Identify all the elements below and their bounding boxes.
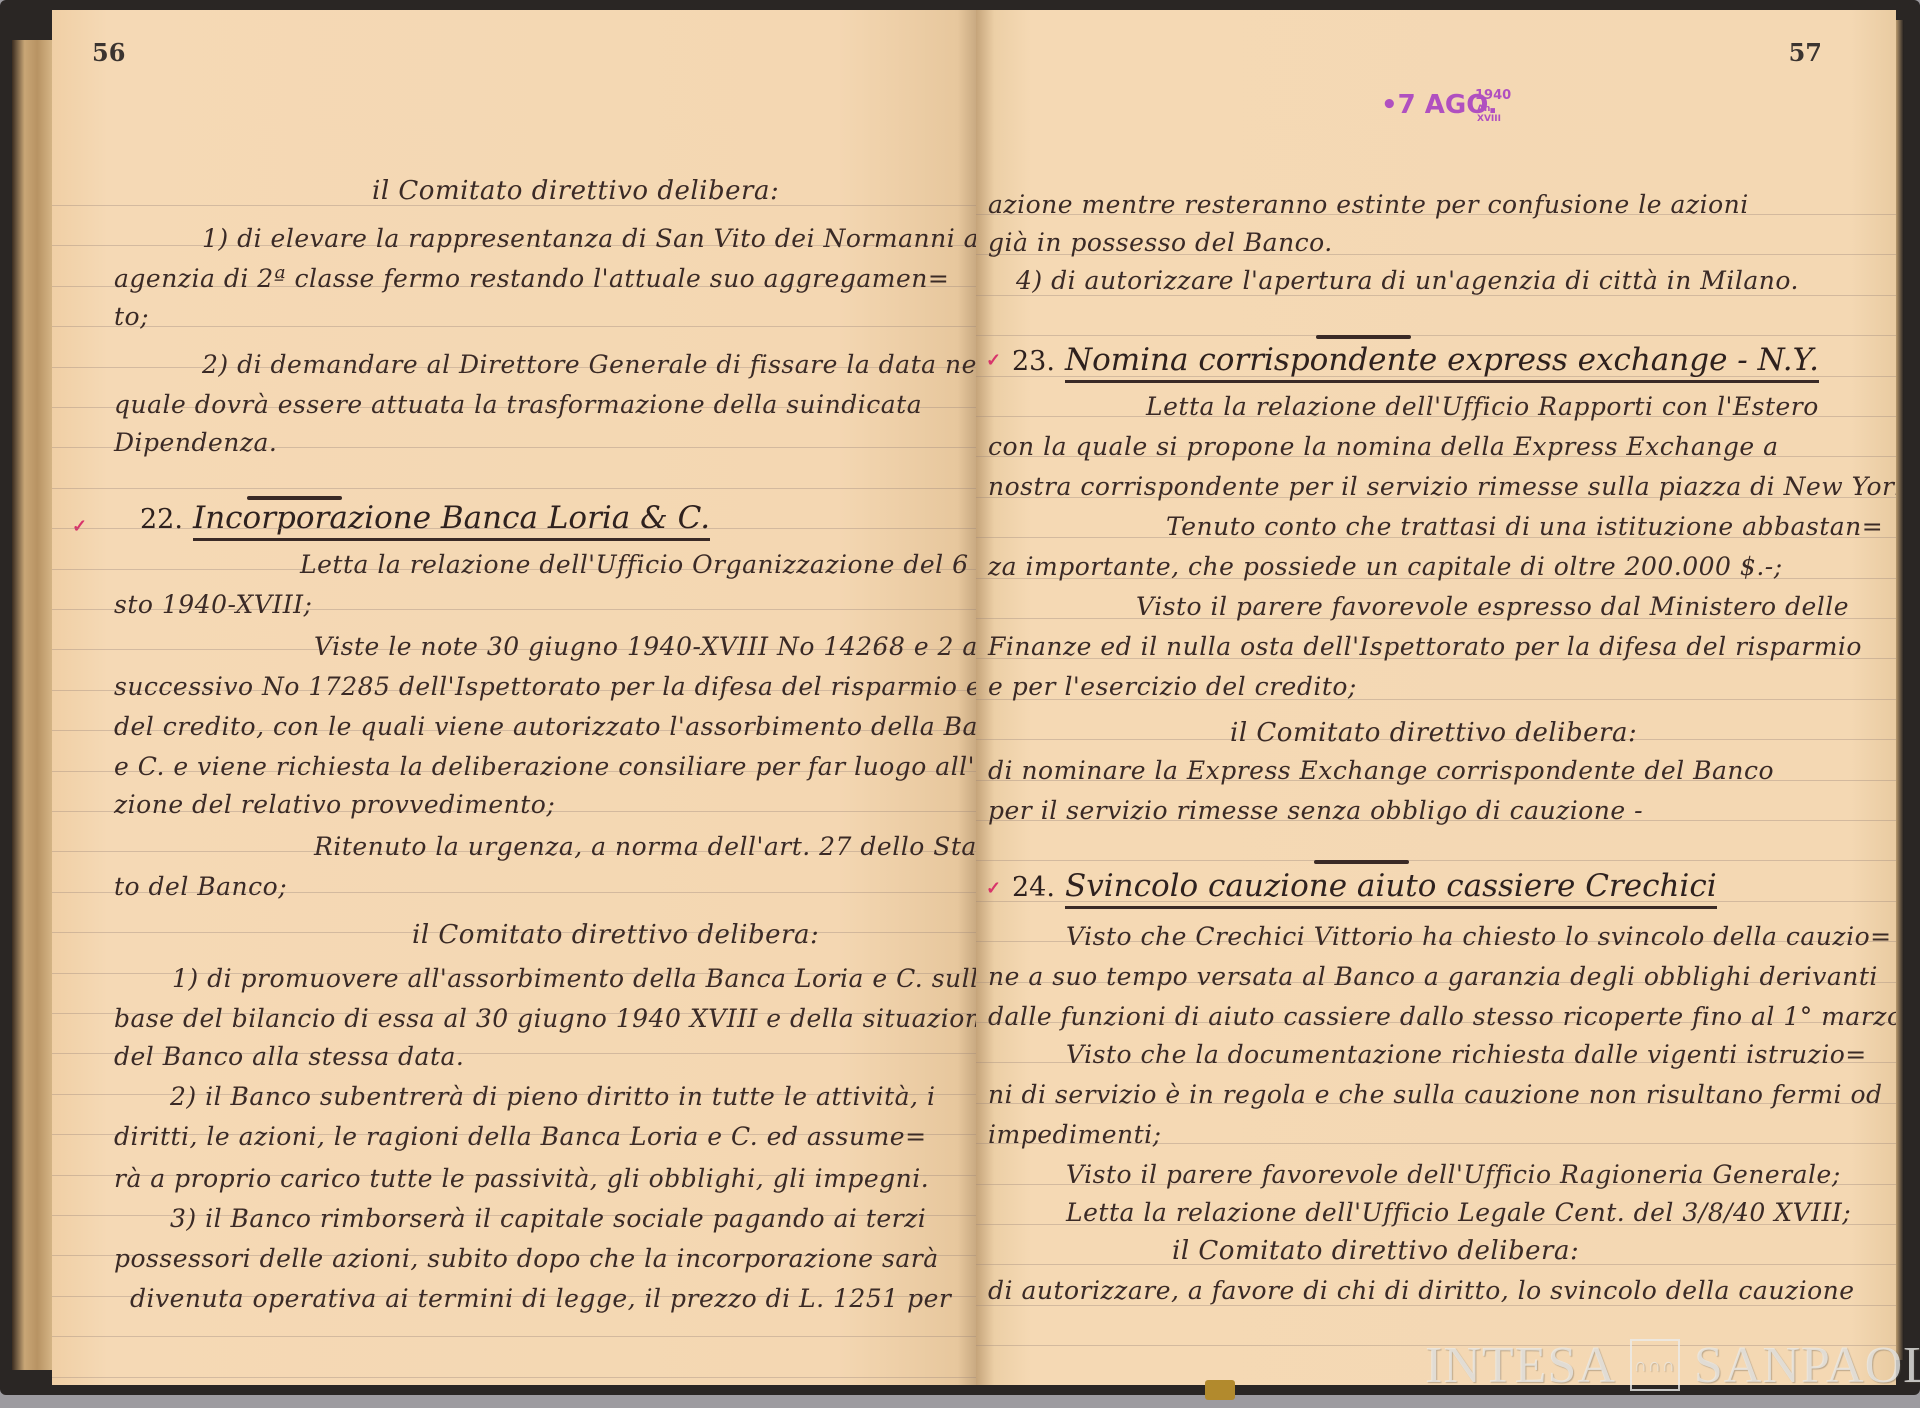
text-line: Finanze ed il nulla osta dell'Ispettorat… — [988, 632, 1862, 661]
text-line: del Banco alla stessa data. — [114, 1042, 464, 1071]
text-line: impedimenti; — [988, 1120, 1162, 1149]
text-line: 4) di autorizzare l'apertura di un'agenz… — [1016, 266, 1799, 295]
resolution-heading: il Comitato direttivo delibera: — [372, 176, 779, 206]
stamp-year: 1940 — [1475, 88, 1511, 103]
text-line: Letta la relazione dell'Ufficio Organizz… — [300, 550, 976, 579]
text-line: agenzia di 2ª classe fermo restando l'at… — [114, 264, 949, 293]
text-line: Visto il parere favorevole dell'Ufficio … — [1066, 1160, 1841, 1189]
text-line: to; — [114, 302, 149, 331]
text-line: quale dovrà essere attuata la trasformaz… — [114, 390, 922, 419]
text-line: Ritenuto la urgenza, a norma dell'art. 2… — [314, 832, 976, 861]
check-mark-icon: ✓ — [72, 516, 87, 537]
ruled-line — [52, 1336, 976, 1337]
resolution-heading: il Comitato direttivo delibera: — [412, 920, 819, 950]
ruled-line — [976, 860, 1896, 861]
text-line: 2) il Banco subentrerà di pieno diritto … — [170, 1082, 935, 1111]
text-line: per il servizio rimesse senza obbligo di… — [988, 796, 1643, 825]
text-line: azione mentre resteranno estinte per con… — [988, 190, 1749, 219]
text-line: Dipendenza. — [114, 428, 277, 457]
page-number: 57 — [1789, 38, 1822, 67]
text-line: ne a suo tempo versata al Banco a garanz… — [988, 962, 1878, 991]
text-line: 1) di promuovere all'assorbimento della … — [172, 964, 976, 993]
ruled-line — [52, 528, 976, 529]
section-number: 22. — [140, 504, 183, 535]
watermark-text-left: INTESA — [1425, 1336, 1616, 1395]
resolution-heading: il Comitato direttivo delibera: — [1230, 718, 1637, 748]
bank-logo-icon: ∩∩∩ — [1630, 1339, 1680, 1391]
text-line: 1) di elevare la rappresentanza di San V… — [202, 224, 976, 253]
text-line: 2) di demandare al Direttore Generale di… — [202, 350, 976, 379]
text-line: diritti, le azioni, le ragioni della Ban… — [114, 1122, 927, 1151]
text-line: sto 1940-XVIII; — [114, 590, 312, 619]
section-header-23: 23.Nomina corrispondente express exchang… — [1012, 342, 1819, 378]
text-line: Viste le note 30 giugno 1940-XVIII No 14… — [314, 632, 976, 661]
section-title: Incorporazione Banca Loria & C. — [193, 500, 710, 541]
text-line: Letta la relazione dell'Ufficio Rapporti… — [1146, 392, 1819, 421]
watermark-text-right: SANPAOLO — [1694, 1336, 1920, 1395]
section-header-22: 22.Incorporazione Banca Loria & C. — [140, 500, 710, 536]
text-line: nostra corrispondente per il servizio ri… — [988, 472, 1896, 501]
ruled-line — [52, 1377, 976, 1378]
text-line: Letta la relazione dell'Ufficio Legale C… — [1066, 1198, 1851, 1227]
text-line: del credito, con le quali viene autorizz… — [114, 712, 976, 741]
text-line: rà a proprio carico tutte le passività, … — [114, 1164, 929, 1193]
right-page: 57 •7 AGO. 1940 An. XVIII azione mentre … — [976, 10, 1896, 1385]
text-line: già in possesso del Banco. — [988, 228, 1333, 257]
resolution-heading: il Comitato direttivo delibera: — [1172, 1236, 1579, 1266]
text-line: dalle funzioni di aiuto cassiere dallo s… — [988, 1002, 1896, 1031]
section-title: Svincolo cauzione aiuto cassiere Crechic… — [1065, 868, 1717, 909]
text-line: successivo No 17285 dell'Ispettorato per… — [114, 672, 976, 701]
text-line: Tenuto conto che trattasi di una istituz… — [1166, 512, 1883, 541]
ruled-line — [52, 326, 976, 327]
section-separator — [1316, 335, 1411, 339]
date-stamp: •7 AGO. 1940 An. XVIII — [1381, 90, 1511, 130]
text-line: Visto il parere favorevole espresso dal … — [1136, 592, 1849, 621]
section-title: Nomina corrispondente express exchange -… — [1065, 342, 1819, 383]
text-line: Visto che la documentazione richiesta da… — [1066, 1040, 1867, 1069]
text-line: di nominare la Express Exchange corrispo… — [988, 756, 1774, 785]
text-line: 3) il Banco rimborserà il capitale socia… — [170, 1204, 926, 1233]
text-line: ni di servizio è in regola e che sulla c… — [988, 1080, 1883, 1109]
stamp-era: An. XVIII — [1477, 104, 1511, 124]
text-line: con la quale si propone la nomina della … — [988, 432, 1778, 461]
text-line: di autorizzare, a favore di chi di dirit… — [988, 1276, 1855, 1305]
section-number: 23. — [1012, 346, 1055, 377]
text-line: e per l'esercizio del credito; — [988, 672, 1357, 701]
text-line: base del bilancio di essa al 30 giugno 1… — [114, 1004, 976, 1033]
intesa-sanpaolo-watermark: INTESA ∩∩∩ SANPAOLO — [1425, 1336, 1920, 1394]
check-mark-icon: ✓ — [986, 878, 1001, 899]
ruled-line — [976, 335, 1896, 336]
text-line: zione del relativo provvedimento; — [114, 790, 555, 819]
text-line: za importante, che possiede un capitale … — [988, 552, 1783, 581]
section-number: 24. — [1012, 872, 1055, 903]
section-separator — [247, 496, 342, 500]
text-line: Visto che Crechici Vittorio ha chiesto l… — [1066, 922, 1892, 951]
section-header-24: 24.Svincolo cauzione aiuto cassiere Crec… — [1012, 868, 1717, 904]
ruled-line — [52, 488, 976, 489]
text-line: to del Banco; — [114, 872, 287, 901]
text-line: possessori delle azioni, subito dopo che… — [114, 1244, 939, 1273]
text-line: e C. e viene richiesta la deliberazione … — [114, 752, 976, 781]
section-separator — [1314, 860, 1409, 864]
page-number: 56 — [92, 38, 125, 67]
left-page-stack-edge — [12, 40, 54, 1370]
left-page: 56 ✓ 22.Incorporazione Banca Loria & C. … — [52, 10, 976, 1385]
check-mark-icon: ✓ — [986, 350, 1001, 371]
bookmark-ribbon — [1205, 1380, 1235, 1400]
text-line: divenuta operativa ai termini di legge, … — [130, 1284, 951, 1313]
